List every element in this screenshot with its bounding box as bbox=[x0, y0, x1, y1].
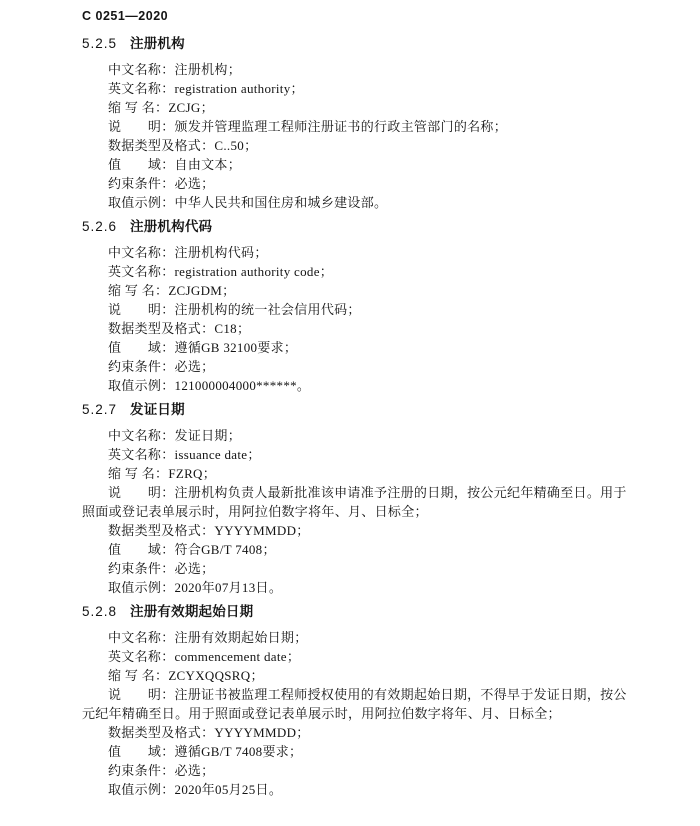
field-value: 注册机构； bbox=[175, 62, 242, 77]
field-label: 约束条件： bbox=[108, 359, 175, 374]
field-label: 缩 写 名： bbox=[108, 100, 168, 115]
field-value: ZCJGDM； bbox=[168, 283, 235, 298]
section: 5.2.6注册机构代码 中文名称：注册机构代码； 英文名称：registrati… bbox=[82, 217, 628, 395]
field-label: 英文名称： bbox=[108, 447, 175, 462]
field-line: 取值示例：2020年07月13日。 bbox=[82, 578, 628, 597]
field-value: 注册有效期起始日期； bbox=[175, 630, 308, 645]
field-value: 中华人民共和国住房和城乡建设部。 bbox=[175, 195, 388, 210]
field-line: 英文名称：registration authority code； bbox=[82, 262, 628, 281]
field-label: 英文名称： bbox=[108, 81, 175, 96]
section-title: 注册有效期起始日期 bbox=[130, 604, 253, 619]
section-number: 5.2.5 bbox=[82, 36, 117, 51]
section-title: 注册机构代码 bbox=[130, 219, 212, 234]
document-page: C 0251—2020 5.2.5注册机构 中文名称：注册机构； 英文名称：re… bbox=[0, 0, 700, 826]
section: 5.2.7发证日期 中文名称：发证日期； 英文名称：issuance date；… bbox=[82, 400, 628, 597]
field-value: 注册机构代码； bbox=[175, 245, 268, 260]
field-line: 说 明：颁发并管理监理工程师注册证书的行政主管部门的名称； bbox=[82, 117, 628, 136]
field-label: 中文名称： bbox=[108, 630, 175, 645]
field-value: ZCYXQQSRQ； bbox=[168, 668, 263, 683]
field-line: 缩 写 名：FZRQ； bbox=[82, 464, 628, 483]
field-line: 约束条件：必选； bbox=[82, 174, 628, 193]
section-heading: 5.2.8注册有效期起始日期 bbox=[82, 602, 628, 621]
field-line: 数据类型及格式：YYYYMMDD； bbox=[82, 723, 628, 742]
section-number: 5.2.8 bbox=[82, 604, 117, 619]
field-label: 值 域： bbox=[108, 744, 175, 759]
field-line: 值 域：自由文本； bbox=[82, 155, 628, 174]
field-line: 取值示例：2020年05月25日。 bbox=[82, 780, 628, 799]
field-value: 注册机构的统一社会信用代码； bbox=[175, 302, 361, 317]
section-fields: 中文名称：注册机构； 英文名称：registration authority； … bbox=[82, 60, 628, 212]
field-line: 值 域：遵循GB/T 7408要求； bbox=[82, 742, 628, 761]
field-label: 说 明： bbox=[108, 119, 175, 134]
section-heading: 5.2.5注册机构 bbox=[82, 34, 628, 53]
field-line: 缩 写 名：ZCJGDM； bbox=[82, 281, 628, 300]
field-label: 缩 写 名： bbox=[108, 466, 168, 481]
field-value: 颁发并管理监理工程师注册证书的行政主管部门的名称； bbox=[175, 119, 508, 134]
field-line: 说 明：注册机构负责人最新批准该申请准予注册的日期，按公元纪年精确至日。用于照面… bbox=[82, 483, 628, 521]
field-value: YYYYMMDD； bbox=[214, 523, 309, 538]
field-line: 中文名称：注册机构； bbox=[82, 60, 628, 79]
field-label: 取值示例： bbox=[108, 378, 175, 393]
field-label: 数据类型及格式： bbox=[108, 523, 214, 538]
field-label: 中文名称： bbox=[108, 245, 175, 260]
field-line: 约束条件：必选； bbox=[82, 357, 628, 376]
field-value: registration authority； bbox=[175, 81, 304, 96]
field-value: FZRQ； bbox=[168, 466, 216, 481]
field-line: 值 域：遵循GB 32100要求； bbox=[82, 338, 628, 357]
field-value: 遵循GB/T 7408要求； bbox=[175, 744, 303, 759]
field-label: 中文名称： bbox=[108, 428, 175, 443]
field-value: issuance date； bbox=[175, 447, 261, 462]
field-label: 数据类型及格式： bbox=[108, 138, 214, 153]
field-line: 中文名称：发证日期； bbox=[82, 426, 628, 445]
field-line: 取值示例：中华人民共和国住房和城乡建设部。 bbox=[82, 193, 628, 212]
field-line: 英文名称：commencement date； bbox=[82, 647, 628, 666]
field-value: YYYYMMDD； bbox=[214, 725, 309, 740]
field-value: 必选； bbox=[175, 561, 215, 576]
field-label: 缩 写 名： bbox=[108, 283, 168, 298]
field-line: 数据类型及格式：C18； bbox=[82, 319, 628, 338]
field-value: registration authority code； bbox=[175, 264, 334, 279]
section-fields: 中文名称：注册有效期起始日期； 英文名称：commencement date； … bbox=[82, 628, 628, 799]
field-value: 必选； bbox=[175, 176, 215, 191]
field-label: 值 域： bbox=[108, 157, 175, 172]
section-heading: 5.2.6注册机构代码 bbox=[82, 217, 628, 236]
field-label: 值 域： bbox=[108, 542, 175, 557]
field-line: 说 明：注册证书被监理工程师授权使用的有效期起始日期，不得早于发证日期，按公元纪… bbox=[82, 685, 628, 723]
section: 5.2.5注册机构 中文名称：注册机构； 英文名称：registration a… bbox=[82, 34, 628, 212]
field-label: 数据类型及格式： bbox=[108, 725, 214, 740]
field-value: 2020年05月25日。 bbox=[175, 782, 283, 797]
field-line: 约束条件：必选； bbox=[82, 761, 628, 780]
field-value: 2020年07月13日。 bbox=[175, 580, 283, 595]
field-line: 英文名称：issuance date； bbox=[82, 445, 628, 464]
sections-container: 5.2.5注册机构 中文名称：注册机构； 英文名称：registration a… bbox=[82, 34, 628, 799]
field-value: 必选； bbox=[175, 359, 215, 374]
field-label: 取值示例： bbox=[108, 580, 175, 595]
field-label: 缩 写 名： bbox=[108, 668, 168, 683]
field-line: 约束条件：必选； bbox=[82, 559, 628, 578]
field-value: 必选； bbox=[175, 763, 215, 778]
section: 5.2.8注册有效期起始日期 中文名称：注册有效期起始日期； 英文名称：comm… bbox=[82, 602, 628, 799]
section-number: 5.2.6 bbox=[82, 219, 117, 234]
field-label: 数据类型及格式： bbox=[108, 321, 214, 336]
field-line: 中文名称：注册有效期起始日期； bbox=[82, 628, 628, 647]
field-label: 取值示例： bbox=[108, 195, 175, 210]
section-title: 注册机构 bbox=[130, 36, 185, 51]
field-label: 说 明： bbox=[108, 302, 175, 317]
field-label: 取值示例： bbox=[108, 782, 175, 797]
field-label: 约束条件： bbox=[108, 176, 175, 191]
field-line: 缩 写 名：ZCJG； bbox=[82, 98, 628, 117]
field-value: 遵循GB 32100要求； bbox=[175, 340, 298, 355]
field-label: 约束条件： bbox=[108, 763, 175, 778]
field-line: 数据类型及格式：YYYYMMDD； bbox=[82, 521, 628, 540]
section-title: 发证日期 bbox=[130, 402, 185, 417]
doc-number: C 0251—2020 bbox=[82, 7, 628, 26]
field-line: 缩 写 名：ZCYXQQSRQ； bbox=[82, 666, 628, 685]
section-number: 5.2.7 bbox=[82, 402, 117, 417]
field-value: 发证日期； bbox=[175, 428, 242, 443]
field-label: 值 域： bbox=[108, 340, 175, 355]
field-line: 中文名称：注册机构代码； bbox=[82, 243, 628, 262]
field-value: 符合GB/T 7408； bbox=[175, 542, 276, 557]
section-fields: 中文名称：注册机构代码； 英文名称：registration authority… bbox=[82, 243, 628, 395]
field-value: C..50； bbox=[214, 138, 257, 153]
field-label: 英文名称： bbox=[108, 264, 175, 279]
field-line: 值 域：符合GB/T 7408； bbox=[82, 540, 628, 559]
field-line: 数据类型及格式：C..50； bbox=[82, 136, 628, 155]
field-label: 英文名称： bbox=[108, 649, 175, 664]
section-fields: 中文名称：发证日期； 英文名称：issuance date； 缩 写 名：FZR… bbox=[82, 426, 628, 597]
field-line: 取值示例：121000004000******。 bbox=[82, 376, 628, 395]
field-value: 121000004000******。 bbox=[175, 378, 311, 393]
section-heading: 5.2.7发证日期 bbox=[82, 400, 628, 419]
field-label: 说 明： bbox=[108, 485, 175, 500]
field-label: 约束条件： bbox=[108, 561, 175, 576]
field-label: 中文名称： bbox=[108, 62, 175, 77]
field-value: 自由文本； bbox=[175, 157, 242, 172]
field-value: C18； bbox=[214, 321, 250, 336]
field-line: 说 明：注册机构的统一社会信用代码； bbox=[82, 300, 628, 319]
field-label: 说 明： bbox=[108, 687, 175, 702]
field-line: 英文名称：registration authority； bbox=[82, 79, 628, 98]
field-value: ZCJG； bbox=[168, 100, 214, 115]
field-value: commencement date； bbox=[175, 649, 301, 664]
